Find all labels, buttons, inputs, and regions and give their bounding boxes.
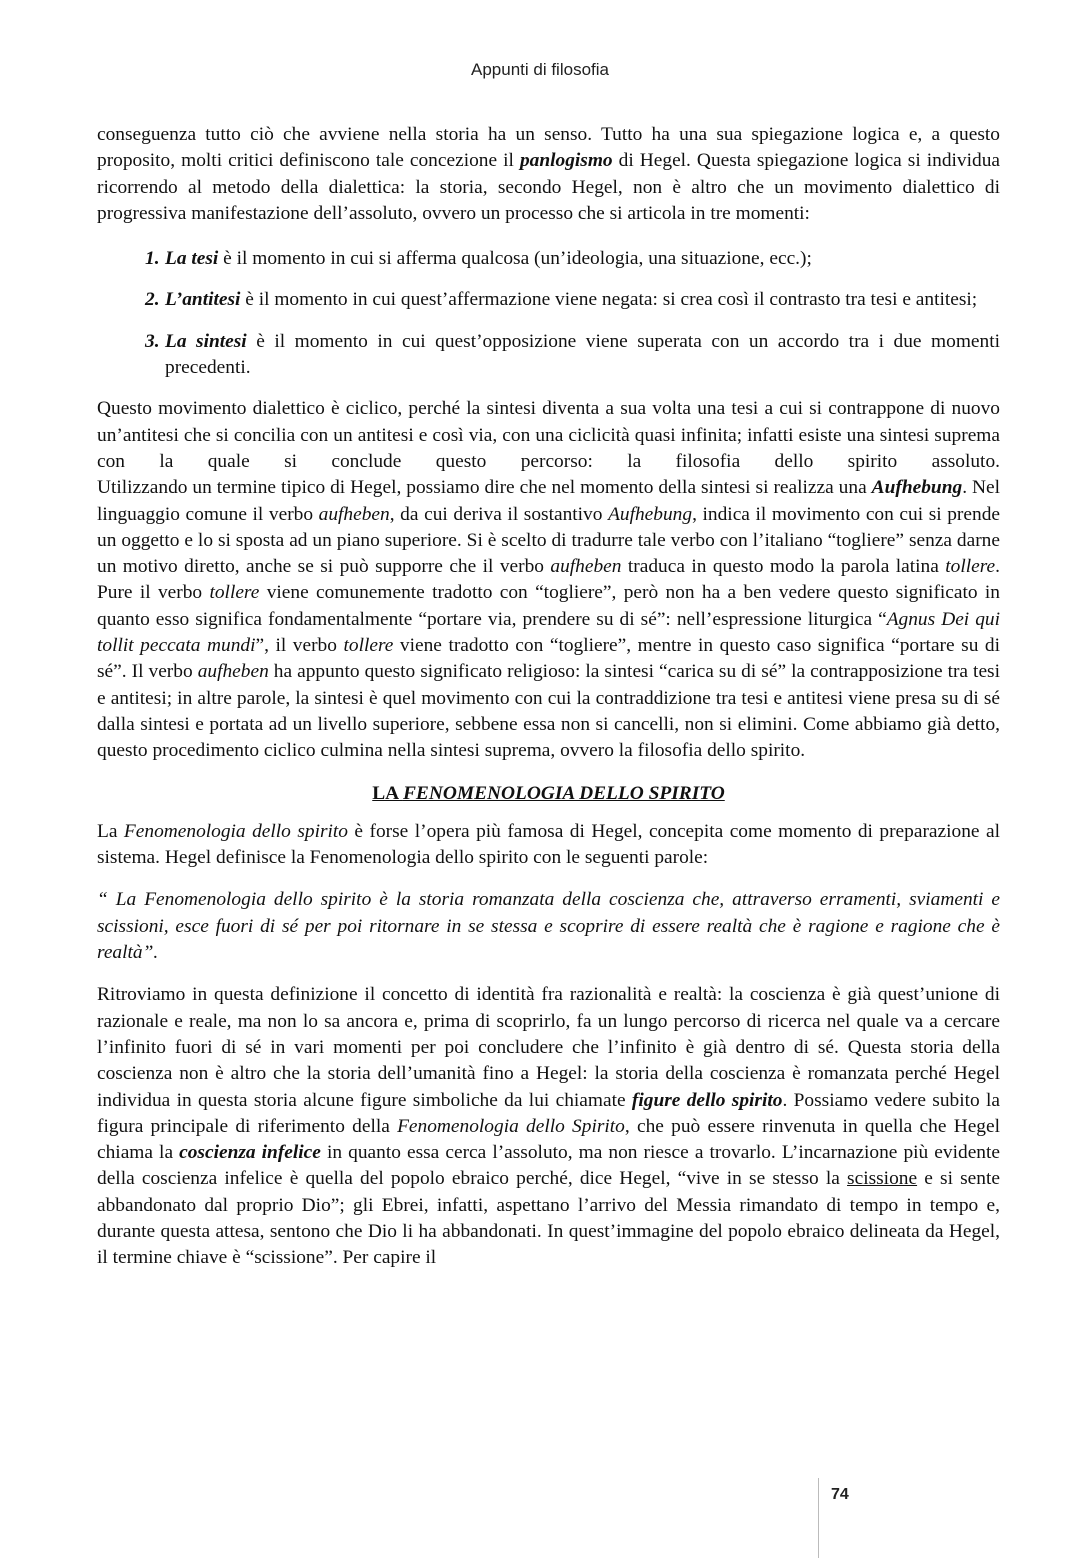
running-header: Appunti di filosofia <box>0 60 1080 80</box>
list-number: 2. <box>145 287 160 313</box>
paragraph-fenomenologia: La Fenomenologia dello spirito è forse l… <box>97 819 1000 872</box>
section-heading: LA FENOMENOLOGIA DELLO SPIRITO <box>97 781 1000 807</box>
text-run: , da cui deriva il sostantivo <box>390 504 608 525</box>
text-run: è il momento in cui si afferma qualcosa … <box>218 248 812 269</box>
page-footer: 74 <box>818 1478 819 1558</box>
list-item-tesi: 1. La tesi è il momento in cui si afferm… <box>97 246 1000 272</box>
text-run: Fenomenologia dello Spirito <box>397 1116 625 1137</box>
text-run: La <box>97 821 124 842</box>
list-item-text: La tesi è il momento in cui si afferma q… <box>165 248 812 269</box>
document-body: conseguenza tutto ciò che avviene nella … <box>97 122 1000 1272</box>
text-run: coscienza infelice <box>179 1142 321 1163</box>
page-number: 74 <box>831 1486 849 1504</box>
text-run: Aufhebung <box>872 477 963 498</box>
text-run: La sintesi <box>165 331 247 352</box>
text-run: LA <box>372 783 403 804</box>
text-run: La tesi <box>165 248 218 269</box>
list-number: 1. <box>145 246 160 272</box>
dialectic-moments-list: 1. La tesi è il momento in cui si afferm… <box>97 246 1000 381</box>
text-run: Utilizzando un termine tipico di Hegel, … <box>97 477 872 498</box>
hegel-quote: “ La Fenomenologia dello spirito è la st… <box>97 887 1000 966</box>
text-run: aufheben <box>550 556 621 577</box>
text-run: ”, il verbo <box>255 635 343 656</box>
text-run: tollere <box>945 556 995 577</box>
text-run: Questo movimento dialettico è ciclico, p… <box>97 398 1000 472</box>
text-run: aufheben <box>319 504 390 525</box>
text-run: è il momento in cui quest’opposizione vi… <box>165 331 1000 378</box>
text-run: Aufhebung <box>608 504 692 525</box>
text-run: aufheben <box>198 661 269 682</box>
text-run: tollere <box>343 635 393 656</box>
list-item-antitesi: 2. L’antitesi è il momento in cui quest’… <box>97 287 1000 313</box>
text-run: “ La Fenomenologia dello spirito è la st… <box>97 889 1000 963</box>
paragraph-ritroviamo: Ritroviamo in questa definizione il conc… <box>97 982 1000 1271</box>
text-run: traduca in questo modo la parola latina <box>621 556 945 577</box>
text-run: L’antitesi <box>165 289 240 310</box>
list-item-text: L’antitesi è il momento in cui quest’aff… <box>165 289 977 310</box>
list-number: 3. <box>145 329 160 355</box>
list-item-text: La sintesi è il momento in cui quest’opp… <box>165 331 1000 378</box>
text-run: tollere <box>209 582 259 603</box>
text-run: Fenomenologia dello spirito <box>124 821 348 842</box>
text-run: figure dello spirito <box>632 1090 783 1111</box>
paragraph-cyclic: Questo movimento dialettico è ciclico, p… <box>97 396 1000 475</box>
list-item-sintesi: 3. La sintesi è il momento in cui quest’… <box>97 329 1000 382</box>
text-run: è il momento in cui quest’affermazione v… <box>240 289 977 310</box>
text-run: FENOMENOLOGIA DELLO SPIRITO <box>403 783 725 804</box>
paragraph-aufhebung: Utilizzando un termine tipico di Hegel, … <box>97 475 1000 764</box>
text-run: panlogismo <box>520 150 613 171</box>
text-run: scissione <box>847 1168 917 1189</box>
paragraph-intro: conseguenza tutto ciò che avviene nella … <box>97 122 1000 227</box>
